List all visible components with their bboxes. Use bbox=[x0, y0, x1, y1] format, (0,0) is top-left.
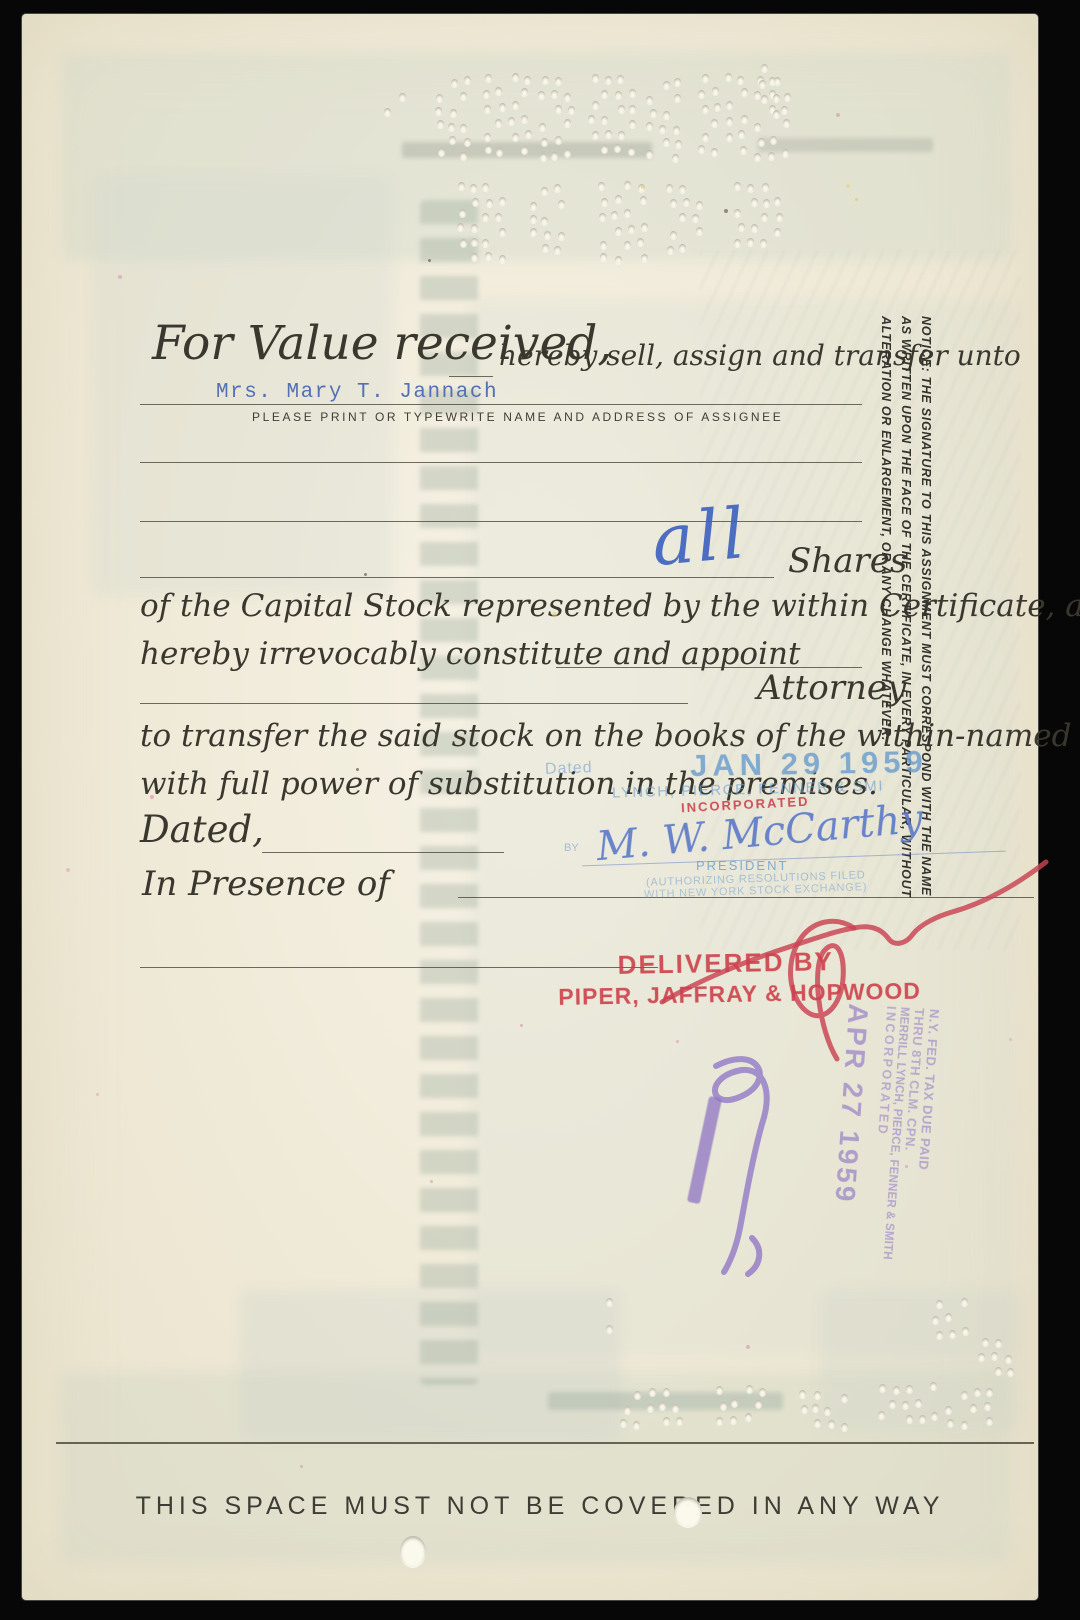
perforation-hole bbox=[499, 255, 506, 263]
perforation-hole bbox=[801, 1405, 808, 1413]
perforation-hole bbox=[776, 213, 783, 221]
perforation-hole bbox=[457, 223, 464, 231]
perforation-hole bbox=[495, 119, 502, 127]
perforation-hole bbox=[539, 123, 546, 131]
perforation-hole bbox=[524, 76, 531, 84]
perforation-hole bbox=[773, 110, 780, 118]
perforation-hole bbox=[754, 91, 761, 99]
perforation-hole bbox=[674, 78, 681, 86]
perforation-hole bbox=[464, 76, 471, 84]
perforation-hole bbox=[763, 199, 770, 207]
perforation-hole bbox=[814, 1391, 821, 1399]
perforation-hole bbox=[995, 1367, 1002, 1375]
perforation-hole bbox=[641, 223, 648, 231]
perforation-hole bbox=[615, 227, 622, 235]
perforation-hole bbox=[541, 217, 548, 225]
perforation-hole bbox=[711, 148, 718, 156]
perforation-hole bbox=[692, 214, 699, 222]
perforation-hole bbox=[720, 1402, 727, 1410]
paper-speck bbox=[118, 275, 122, 279]
paper-speck bbox=[428, 259, 431, 262]
perforation-hole bbox=[647, 1404, 654, 1412]
perforation-hole bbox=[663, 1417, 670, 1425]
perforation-hole bbox=[629, 120, 636, 128]
perforation-hole bbox=[947, 1419, 954, 1427]
perforation-hole bbox=[986, 1417, 993, 1425]
perforation-hole bbox=[521, 88, 528, 96]
perforation-hole bbox=[659, 125, 666, 133]
perforation-hole bbox=[683, 198, 690, 206]
perforation-hole bbox=[893, 1386, 900, 1394]
perforation-hole bbox=[982, 1338, 989, 1346]
perforation-hole bbox=[659, 1402, 666, 1410]
perforation-hole bbox=[541, 187, 548, 195]
perforation-hole bbox=[551, 90, 558, 98]
perforation-hole bbox=[702, 74, 709, 82]
perforation-hole bbox=[598, 182, 605, 190]
perforation-hole bbox=[712, 87, 719, 95]
paper-speck bbox=[1009, 1038, 1012, 1041]
perforation-hole bbox=[747, 184, 754, 192]
perforation-hole bbox=[600, 241, 607, 249]
perforation-hole bbox=[995, 1339, 1002, 1347]
perforation-hole bbox=[760, 239, 767, 247]
perforation-hole bbox=[530, 215, 537, 223]
paper-speck bbox=[746, 1345, 750, 1349]
perforation-hole bbox=[781, 106, 788, 114]
perforation-hole bbox=[495, 213, 502, 221]
perforation-hole bbox=[751, 198, 758, 206]
paper-speck bbox=[356, 768, 359, 771]
perforation-hole bbox=[906, 1415, 913, 1423]
perforation-hole bbox=[460, 92, 467, 100]
perforation-hole bbox=[738, 223, 745, 231]
perforation-hole bbox=[761, 64, 768, 72]
perforation-hole bbox=[961, 1421, 968, 1429]
perforation-hole bbox=[670, 231, 677, 239]
perforation-hole bbox=[970, 1404, 977, 1412]
perforation-hole bbox=[499, 197, 506, 205]
perforation-hole bbox=[740, 146, 747, 154]
perforation-hole bbox=[551, 152, 558, 160]
perforation-hole bbox=[601, 90, 608, 98]
paper-speck bbox=[724, 209, 728, 213]
perforation-hole bbox=[676, 1417, 683, 1425]
perforation-hole bbox=[698, 90, 705, 98]
perforation-hole bbox=[482, 183, 489, 191]
perforation-hole bbox=[617, 75, 624, 83]
perforation-hole bbox=[696, 227, 703, 235]
perforation-hole bbox=[949, 1330, 956, 1338]
perforation-hole bbox=[512, 73, 519, 81]
perforation-hole bbox=[605, 76, 612, 84]
perforation-hole bbox=[773, 94, 780, 102]
perforation-hole bbox=[592, 131, 599, 139]
perforation-hole bbox=[541, 138, 548, 146]
perforation-hole bbox=[799, 1390, 806, 1398]
perforation-hole bbox=[384, 108, 391, 116]
perforation-hole bbox=[731, 1399, 738, 1407]
perforation-hole bbox=[679, 213, 686, 221]
perforation-hole bbox=[945, 1406, 952, 1414]
perforation-hole bbox=[615, 91, 622, 99]
perforation-hole bbox=[931, 1412, 938, 1420]
perforation-hole bbox=[782, 149, 789, 157]
perforation-hole bbox=[915, 1399, 922, 1407]
perforation-hole bbox=[978, 1353, 985, 1361]
paper-speck bbox=[836, 113, 840, 117]
perforation-hole bbox=[751, 224, 758, 232]
paper-speck bbox=[676, 1040, 679, 1043]
paper-speck bbox=[430, 1180, 433, 1183]
perforation-hole bbox=[499, 228, 506, 236]
perforation-hole bbox=[437, 120, 444, 128]
scanned-certificate-back: For Value received, hereby sell, assign … bbox=[0, 0, 1080, 1620]
perforation-hole bbox=[634, 1391, 641, 1399]
perforation-hole bbox=[600, 253, 607, 261]
perforation-hole bbox=[449, 136, 456, 144]
paper-speck bbox=[520, 1024, 523, 1027]
perforation-hole bbox=[435, 107, 442, 115]
perforation-hole bbox=[774, 228, 781, 236]
perforation-hole bbox=[618, 131, 625, 139]
perforation-hole bbox=[974, 1388, 981, 1396]
perforation-hole bbox=[496, 148, 503, 156]
perforation-hole bbox=[485, 252, 492, 260]
perforation-hole bbox=[726, 117, 733, 125]
perforation-hole bbox=[734, 209, 741, 217]
perforation-hole bbox=[824, 1407, 831, 1415]
perforation-hole bbox=[618, 105, 625, 113]
perforation-hole bbox=[758, 138, 765, 146]
perforation-hole bbox=[741, 88, 748, 96]
perforation-hole bbox=[828, 1420, 835, 1428]
perforation-hole bbox=[624, 1406, 631, 1414]
perforation-hole bbox=[624, 181, 631, 189]
perforation-hole bbox=[761, 213, 768, 221]
perforation-hole bbox=[542, 76, 549, 84]
perforation-hole bbox=[725, 73, 732, 81]
perforation-hole bbox=[628, 147, 635, 155]
perforation-hole bbox=[486, 199, 493, 207]
perforation-hole bbox=[814, 1419, 821, 1427]
perforation-hole bbox=[521, 146, 528, 154]
perforation-hole bbox=[759, 80, 766, 88]
perforation-hole bbox=[554, 246, 561, 254]
perforation-hole bbox=[696, 201, 703, 209]
perforation-hole bbox=[841, 1423, 848, 1431]
perforation-hole bbox=[399, 93, 406, 101]
paper-speck bbox=[905, 1165, 908, 1168]
perforation-layer bbox=[0, 0, 1080, 1620]
perforation-hole bbox=[649, 1388, 656, 1396]
perforation-hole bbox=[629, 105, 636, 113]
perforation-hole bbox=[460, 239, 467, 247]
perforation-hole bbox=[568, 106, 575, 114]
perforation-hole bbox=[774, 77, 781, 85]
perforation-hole bbox=[932, 1316, 939, 1324]
perforation-hole bbox=[663, 1388, 670, 1396]
perforation-hole bbox=[460, 124, 467, 132]
perforation-hole bbox=[499, 103, 506, 111]
perforation-hole bbox=[484, 105, 491, 113]
perforation-hole bbox=[620, 1419, 627, 1427]
perforation-hole bbox=[754, 123, 761, 131]
perforation-hole bbox=[672, 1404, 679, 1412]
perforation-hole bbox=[755, 1400, 762, 1408]
perforation-hole bbox=[525, 130, 532, 138]
perforation-hole bbox=[521, 115, 528, 123]
paper-speck bbox=[855, 198, 858, 201]
perforation-hole bbox=[471, 238, 478, 246]
perforation-hole bbox=[930, 1382, 937, 1390]
paper-speck bbox=[66, 868, 70, 872]
perforation-hole bbox=[961, 1298, 968, 1306]
perforation-hole bbox=[641, 254, 648, 262]
perforation-hole bbox=[637, 238, 644, 246]
perforation-hole bbox=[714, 103, 721, 111]
perforation-hole bbox=[961, 1391, 968, 1399]
perforation-hole bbox=[711, 119, 718, 127]
perforation-hole bbox=[698, 145, 705, 153]
perforation-hole bbox=[458, 182, 465, 190]
perforation-hole bbox=[544, 231, 551, 239]
perforation-hole bbox=[737, 76, 744, 84]
perforation-hole bbox=[629, 89, 636, 97]
perforation-hole bbox=[624, 241, 631, 249]
perforation-hole bbox=[726, 133, 733, 141]
perforation-hole bbox=[716, 1417, 723, 1425]
perforation-hole bbox=[605, 130, 612, 138]
perforation-hole bbox=[674, 94, 681, 102]
perforation-hole bbox=[459, 209, 466, 217]
perforation-hole bbox=[438, 148, 445, 156]
perforation-hole bbox=[606, 1325, 613, 1333]
perforation-hole bbox=[679, 185, 686, 193]
perforation-hole bbox=[451, 79, 458, 87]
perforation-hole bbox=[624, 209, 631, 217]
perforation-hole bbox=[738, 130, 745, 138]
perforation-hole bbox=[650, 109, 657, 117]
perforation-hole bbox=[483, 90, 490, 98]
perforation-hole bbox=[746, 1385, 753, 1393]
perforation-hole bbox=[1005, 1355, 1012, 1363]
paper-speck bbox=[96, 1093, 99, 1096]
perforation-hole bbox=[962, 1327, 969, 1335]
perforation-hole bbox=[754, 153, 761, 161]
perforation-hole bbox=[663, 81, 670, 89]
perforation-hole bbox=[784, 93, 791, 101]
perforation-hole bbox=[512, 133, 519, 141]
perforation-hole bbox=[564, 93, 571, 101]
perforation-hole bbox=[991, 1352, 998, 1360]
perforation-hole bbox=[482, 239, 489, 247]
paper-speck bbox=[552, 612, 557, 617]
perforation-hole bbox=[538, 91, 545, 99]
paper-speck bbox=[846, 184, 850, 188]
paper-speck bbox=[364, 573, 367, 576]
perforation-hole bbox=[472, 198, 479, 206]
perforation-hole bbox=[471, 253, 478, 261]
perforation-hole bbox=[936, 1331, 943, 1339]
perforation-hole bbox=[646, 96, 653, 104]
perforation-hole bbox=[726, 101, 733, 109]
perforation-hole bbox=[448, 123, 455, 131]
paper-speck bbox=[300, 1465, 303, 1468]
perforation-hole bbox=[558, 200, 565, 208]
perforation-hole bbox=[783, 119, 790, 127]
perforation-hole bbox=[615, 195, 622, 203]
perforation-hole bbox=[984, 1402, 991, 1410]
perforation-hole bbox=[774, 197, 781, 205]
perforation-hole bbox=[599, 213, 606, 221]
perforation-hole bbox=[768, 152, 775, 160]
perforation-hole bbox=[770, 136, 777, 144]
perforation-hole bbox=[906, 1385, 913, 1393]
perforation-hole bbox=[450, 109, 457, 117]
perforation-hole bbox=[672, 154, 679, 162]
perforation-hole bbox=[716, 1386, 723, 1394]
perforation-hole bbox=[540, 153, 547, 161]
perforation-hole bbox=[611, 211, 618, 219]
perforation-hole bbox=[667, 246, 674, 254]
perforation-hole bbox=[633, 1421, 640, 1429]
perforation-hole bbox=[482, 213, 489, 221]
perforation-hole bbox=[646, 150, 653, 158]
perforation-hole bbox=[812, 1404, 819, 1412]
perforation-hole bbox=[464, 138, 471, 146]
perforation-hole bbox=[902, 1401, 909, 1409]
perforation-hole bbox=[734, 182, 741, 190]
perforation-hole bbox=[745, 1413, 752, 1421]
perforation-hole bbox=[512, 101, 519, 109]
perforation-hole bbox=[614, 144, 621, 152]
perforation-hole bbox=[555, 136, 562, 144]
perforation-hole bbox=[702, 105, 709, 113]
perforation-hole bbox=[542, 244, 549, 252]
perforation-hole bbox=[530, 228, 537, 236]
perforation-hole bbox=[592, 74, 599, 82]
perforation-hole bbox=[485, 74, 492, 82]
perforation-hole bbox=[702, 133, 709, 141]
perforation-hole bbox=[555, 105, 562, 113]
perforation-hole bbox=[879, 1384, 886, 1392]
perforation-hole bbox=[762, 183, 769, 191]
perforation-hole bbox=[554, 184, 561, 192]
perforation-hole bbox=[495, 87, 502, 95]
perforation-hole bbox=[663, 138, 670, 146]
perforation-hole bbox=[588, 115, 595, 123]
perforation-hole bbox=[670, 199, 677, 207]
perforation-hole bbox=[592, 101, 599, 109]
perforation-hole bbox=[606, 1298, 613, 1306]
perforation-hole bbox=[601, 116, 608, 124]
perforation-hole bbox=[675, 140, 682, 148]
perforation-hole bbox=[666, 184, 673, 192]
perforation-hole bbox=[889, 1400, 896, 1408]
perforation-hole bbox=[730, 1416, 737, 1424]
perforation-hole bbox=[759, 1388, 766, 1396]
perforation-hole bbox=[761, 95, 768, 103]
perforation-hole bbox=[471, 224, 478, 232]
perforation-hole bbox=[747, 238, 754, 246]
paper-speck bbox=[641, 185, 645, 189]
perforation-hole bbox=[734, 239, 741, 247]
perforation-hole bbox=[470, 184, 477, 192]
perforation-hole bbox=[986, 1388, 993, 1396]
paper-speck bbox=[150, 795, 154, 799]
perforation-hole bbox=[663, 111, 670, 119]
perforation-hole bbox=[601, 198, 608, 206]
perforation-hole bbox=[601, 145, 608, 153]
perforation-hole bbox=[936, 1300, 943, 1308]
perforation-hole bbox=[460, 152, 467, 160]
perforation-hole bbox=[628, 225, 635, 233]
perforation-hole bbox=[679, 244, 686, 252]
perforation-hole bbox=[564, 119, 571, 127]
perforation-hole bbox=[508, 117, 515, 125]
perforation-hole bbox=[564, 149, 571, 157]
perforation-hole bbox=[615, 256, 622, 264]
perforation-hole bbox=[945, 1313, 952, 1321]
perforation-hole bbox=[919, 1415, 926, 1423]
perforation-hole bbox=[530, 202, 537, 210]
perforation-hole bbox=[646, 122, 653, 130]
perforation-hole bbox=[741, 115, 748, 123]
perforation-hole bbox=[673, 126, 680, 134]
perforation-hole bbox=[436, 94, 443, 102]
perforation-hole bbox=[485, 145, 492, 153]
perforation-hole bbox=[1007, 1368, 1014, 1376]
perforation-hole bbox=[558, 232, 565, 240]
perforation-hole bbox=[640, 196, 647, 204]
perforation-hole bbox=[555, 77, 562, 85]
perforation-hole bbox=[841, 1394, 848, 1402]
perforation-hole bbox=[878, 1411, 885, 1419]
perforation-hole bbox=[484, 133, 491, 141]
